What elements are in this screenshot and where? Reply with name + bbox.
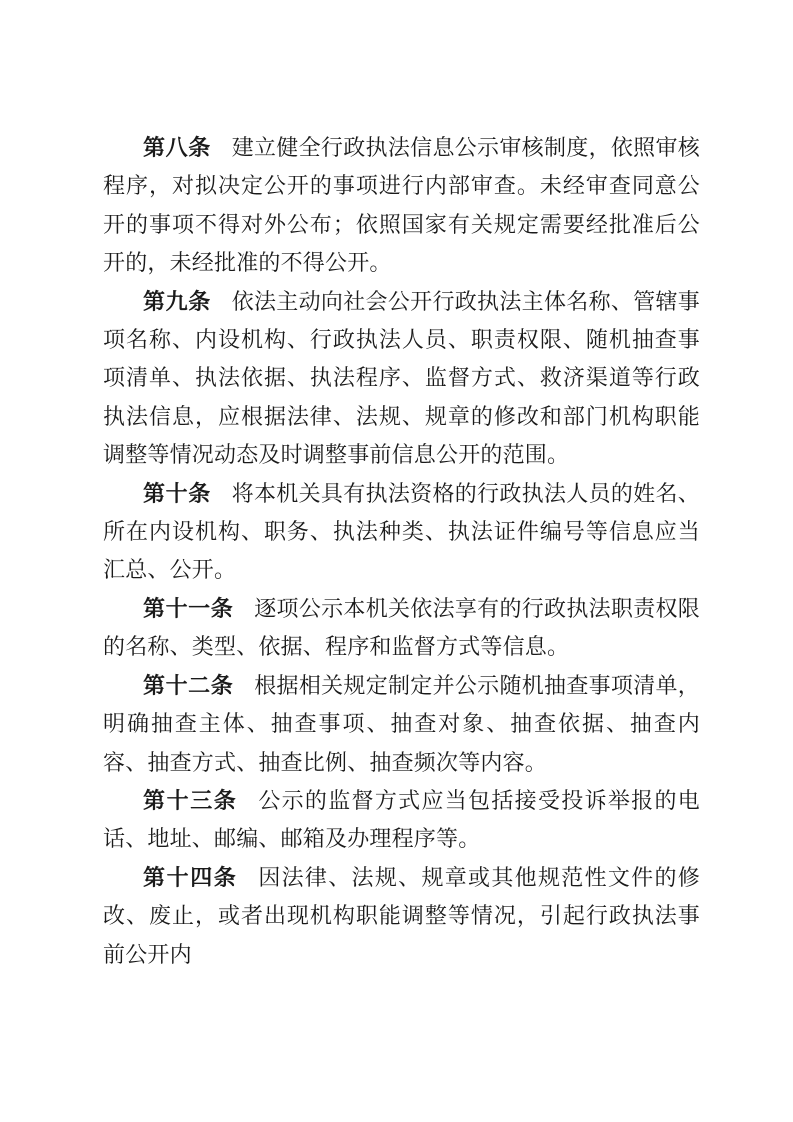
article-paragraph: 第八条建立健全行政执法信息公示审核制度，依照审核程序，对拟决定公开的事项进行内部… (103, 129, 700, 283)
document-page: 第八条建立健全行政执法信息公示审核制度，依照审核程序，对拟决定公开的事项进行内部… (0, 0, 793, 1122)
article-paragraph: 第十条将本机关具有执法资格的行政执法人员的姓名、所在内设机构、职务、执法种类、执… (103, 475, 700, 590)
article-paragraph: 第十四条因法律、法规、规章或其他规范性文件的修改、废止，或者出现机构职能调整等情… (103, 859, 700, 974)
article-paragraph: 第九条依法主动向社会公开行政执法主体名称、管辖事项名称、内设机构、行政执法人员、… (103, 283, 700, 475)
article-text: 依法主动向社会公开行政执法主体名称、管辖事项名称、内设机构、行政执法人员、职责权… (103, 289, 700, 468)
article-paragraph: 第十一条逐项公示本机关依法享有的行政执法职责权限的名称、类型、依据、程序和监督方… (103, 590, 700, 667)
article-number: 第九条 (143, 289, 211, 314)
article-number: 第十三条 (143, 788, 237, 813)
article-paragraph: 第十二条根据相关规定制定并公示随机抽查事项清单，明确抽查主体、抽查事项、抽查对象… (103, 667, 700, 782)
article-paragraph: 第十三条公示的监督方式应当包括接受投诉举报的电话、地址、邮编、邮箱及办理程序等。 (103, 782, 700, 859)
document-content: 第八条建立健全行政执法信息公示审核制度，依照审核程序，对拟决定公开的事项进行内部… (103, 129, 700, 974)
article-number: 第十条 (143, 481, 211, 506)
article-number: 第十一条 (143, 596, 233, 621)
article-number: 第十二条 (143, 673, 233, 698)
article-number: 第十四条 (143, 865, 237, 890)
article-number: 第八条 (143, 135, 211, 160)
